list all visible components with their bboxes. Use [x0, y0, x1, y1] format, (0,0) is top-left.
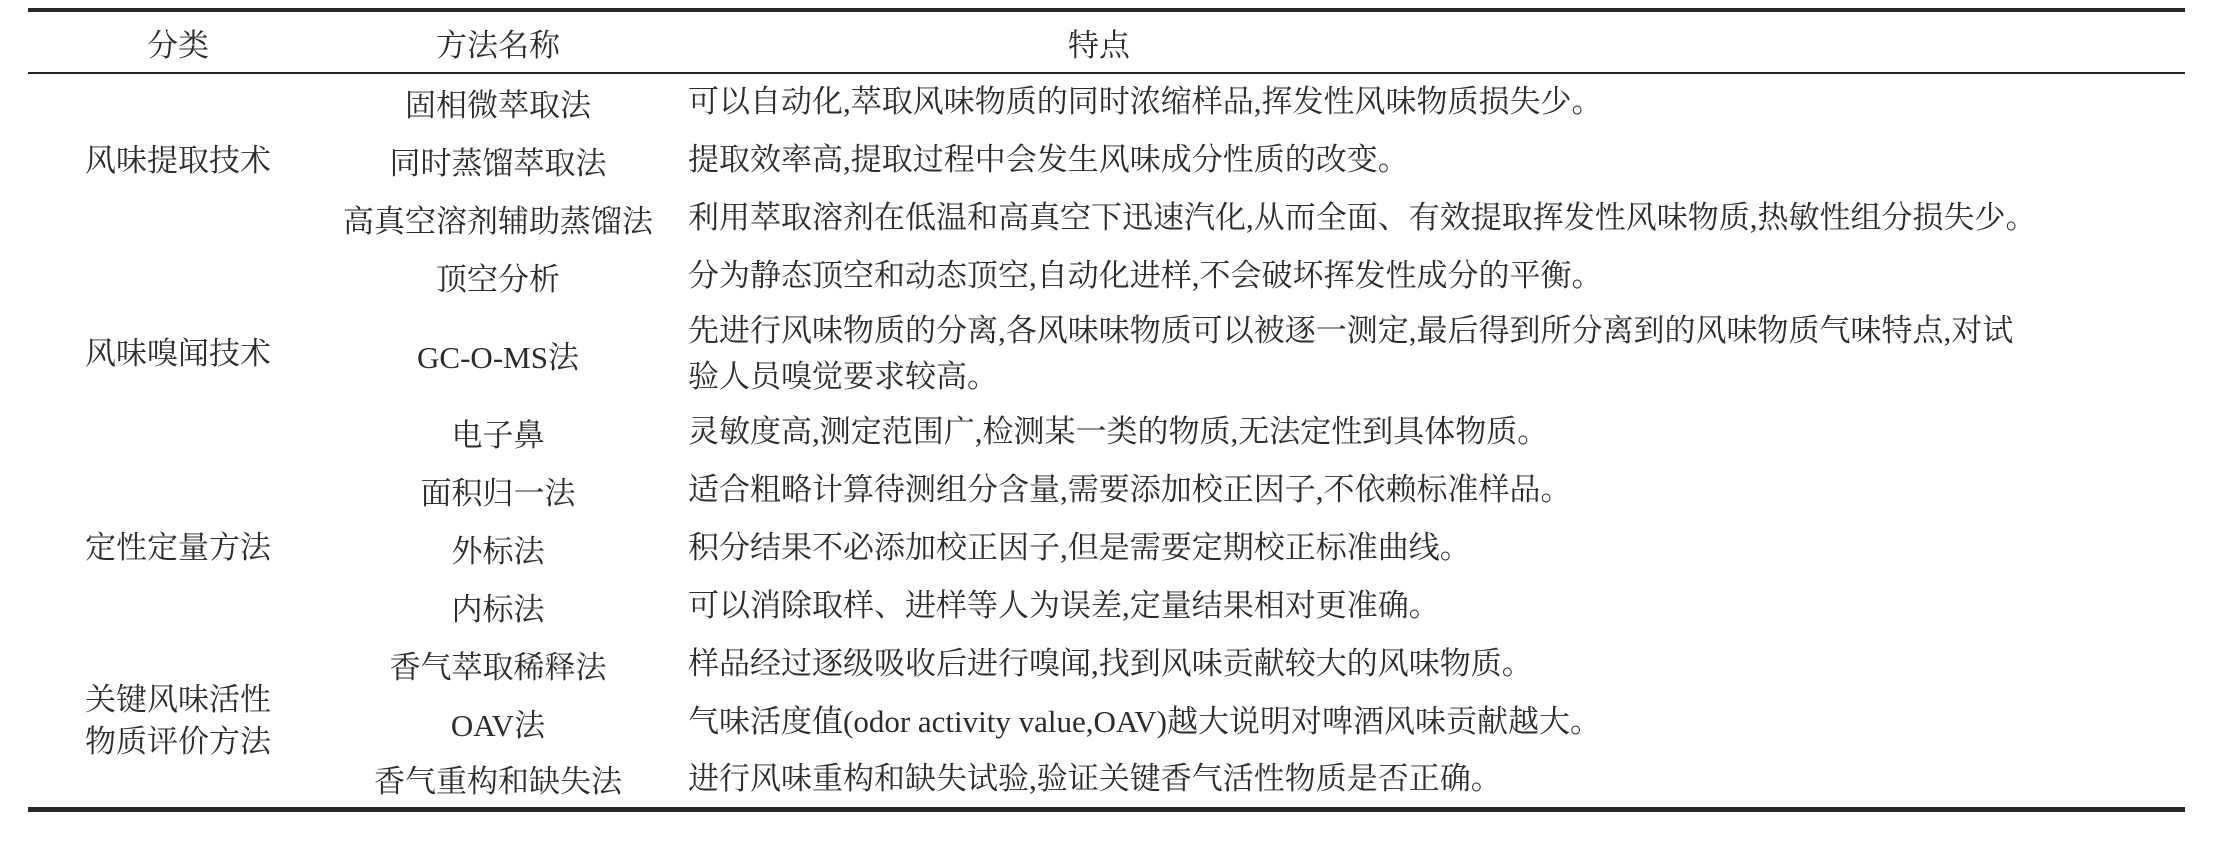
- feature-cell: 先进行风味物质的分离,各风味味物质可以被逐一测定,最后得到所分离到的风味物质气味…: [668, 305, 2185, 403]
- methods-table: 分类 方法名称 特点 风味提取技术 固相微萃取法 可以自动化,萃取风味物质的同时…: [28, 8, 2185, 812]
- table-row: 风味嗅闻技术 顶空分析 分为静态顶空和动态顶空,自动化进样,不会破坏挥发性成分的…: [28, 247, 2185, 305]
- feature-cell: 提取效率高,提取过程中会发生风味成分性质的改变。: [668, 131, 2185, 189]
- feature-cell: 气味活度值(odor activity value,OAV)越大说明对啤酒风味贡…: [668, 693, 2185, 751]
- table-row: 高真空溶剂辅助蒸馏法 利用萃取溶剂在低温和高真空下迅速汽化,从而全面、有效提取挥…: [28, 189, 2185, 247]
- table-header-row: 分类 方法名称 特点: [28, 10, 2185, 73]
- method-cell: 顶空分析: [328, 247, 668, 305]
- column-header-method: 方法名称: [328, 10, 668, 73]
- feature-cell: 适合粗略计算待测组分含量,需要添加校正因子,不依赖标准样品。: [668, 461, 2185, 519]
- category-cell: 风味提取技术: [28, 73, 328, 247]
- table-row: 风味提取技术 固相微萃取法 可以自动化,萃取风味物质的同时浓缩样品,挥发性风味物…: [28, 73, 2185, 131]
- feature-cell: 积分结果不必添加校正因子,但是需要定期校正标准曲线。: [668, 519, 2185, 577]
- method-cell: OAV法: [328, 693, 668, 751]
- table-row: GC-O-MS法 先进行风味物质的分离,各风味味物质可以被逐一测定,最后得到所分…: [28, 305, 2185, 403]
- feature-cell: 可以消除取样、进样等人为误差,定量结果相对更准确。: [668, 577, 2185, 635]
- method-cell: 同时蒸馏萃取法: [328, 131, 668, 189]
- method-cell: GC-O-MS法: [328, 305, 668, 403]
- table-row: 关键风味活性 物质评价方法 香气萃取稀释法 样品经过逐级吸收后进行嗅闻,找到风味…: [28, 635, 2185, 693]
- category-cell: 定性定量方法: [28, 461, 328, 635]
- method-cell: 电子鼻: [328, 403, 668, 461]
- category-cell: 关键风味活性 物质评价方法: [28, 635, 328, 809]
- category-cell: 风味嗅闻技术: [28, 247, 328, 461]
- method-cell: 内标法: [328, 577, 668, 635]
- feature-cell: 样品经过逐级吸收后进行嗅闻,找到风味贡献较大的风味物质。: [668, 635, 2185, 693]
- feature-cell: 分为静态顶空和动态顶空,自动化进样,不会破坏挥发性成分的平衡。: [668, 247, 2185, 305]
- table-row: 外标法 积分结果不必添加校正因子,但是需要定期校正标准曲线。: [28, 519, 2185, 577]
- table-row: 香气重构和缺失法 进行风味重构和缺失试验,验证关键香气活性物质是否正确。: [28, 751, 2185, 809]
- column-header-feature: 特点: [668, 10, 2185, 73]
- method-cell: 香气重构和缺失法: [328, 751, 668, 809]
- table-row: 同时蒸馏萃取法 提取效率高,提取过程中会发生风味成分性质的改变。: [28, 131, 2185, 189]
- method-cell: 面积归一法: [328, 461, 668, 519]
- feature-cell: 可以自动化,萃取风味物质的同时浓缩样品,挥发性风味物质损失少。: [668, 73, 2185, 131]
- table-row: 内标法 可以消除取样、进样等人为误差,定量结果相对更准确。: [28, 577, 2185, 635]
- feature-cell: 灵敏度高,测定范围广,检测某一类的物质,无法定性到具体物质。: [668, 403, 2185, 461]
- method-cell: 外标法: [328, 519, 668, 577]
- method-cell: 固相微萃取法: [328, 73, 668, 131]
- table-row: OAV法 气味活度值(odor activity value,OAV)越大说明对…: [28, 693, 2185, 751]
- column-header-category: 分类: [28, 10, 328, 73]
- feature-cell: 利用萃取溶剂在低温和高真空下迅速汽化,从而全面、有效提取挥发性风味物质,热敏性组…: [668, 189, 2185, 247]
- table-row: 定性定量方法 面积归一法 适合粗略计算待测组分含量,需要添加校正因子,不依赖标准…: [28, 461, 2185, 519]
- method-cell: 香气萃取稀释法: [328, 635, 668, 693]
- feature-cell: 进行风味重构和缺失试验,验证关键香气活性物质是否正确。: [668, 751, 2185, 809]
- table-row: 电子鼻 灵敏度高,测定范围广,检测某一类的物质,无法定性到具体物质。: [28, 403, 2185, 461]
- method-cell: 高真空溶剂辅助蒸馏法: [328, 189, 668, 247]
- paper-page: 分类 方法名称 特点 风味提取技术 固相微萃取法 可以自动化,萃取风味物质的同时…: [0, 0, 2213, 852]
